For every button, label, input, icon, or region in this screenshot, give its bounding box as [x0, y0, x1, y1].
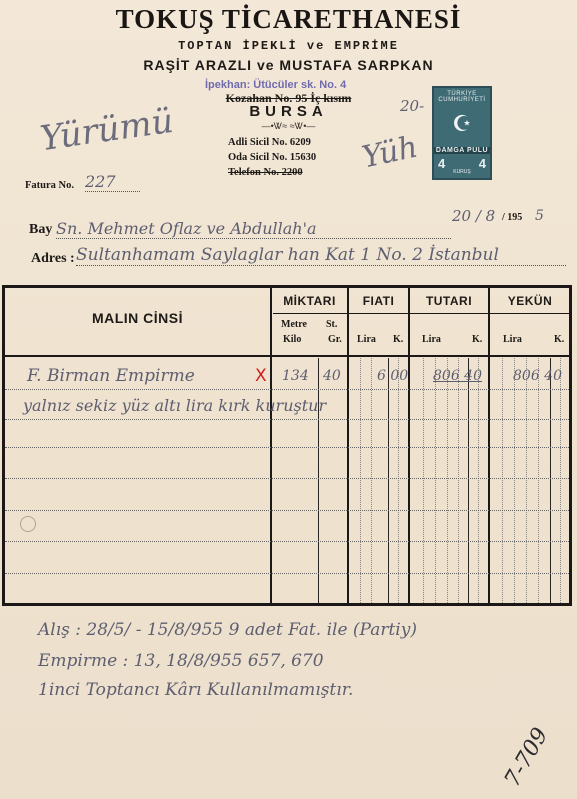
row1-red-check-mark: X [255, 366, 267, 386]
subheader-tutari-k: K. [472, 334, 482, 345]
invoice-date-day-month: 20 / 8 [452, 207, 495, 225]
bay-value: Sn. Mehmet Oflaz ve Abdullah'a [56, 219, 451, 239]
subcol-tutari-k [468, 358, 469, 603]
note-line-1: Alış : 28/5/ - 15/8/955 9 adet Fat. ile … [38, 620, 417, 640]
header-yekun: YEKÜN [490, 294, 570, 308]
subheader-tutari-lira: Lira [422, 334, 441, 345]
registry-adli-sicil: Adli Sicil No. 6209 [228, 137, 311, 148]
col-divider-miktari [270, 288, 272, 603]
invoice-date-year-prefix: / 195 [502, 212, 522, 223]
note-line-2: Empirme : 13, 18/8/955 657, 670 [38, 651, 324, 671]
date-scribble: 20- [400, 97, 424, 115]
row1-yekun: 806 40 [513, 368, 562, 384]
punch-hole [20, 516, 36, 532]
invoice-number: 227 [85, 172, 140, 192]
subcol-yekun-k [550, 358, 551, 603]
subheader-yekun-lira: Lira [503, 334, 522, 345]
header-bottom-border [5, 355, 569, 357]
row1-metre: 134 [282, 368, 309, 384]
company-subtitle: TOPTAN İPEKLİ ve EMPRİME [0, 39, 577, 53]
subheader-fiati-k: K. [393, 334, 403, 345]
invoice-table: MALIN CİNSİ MİKTARI FIATI TUTARI YEKÜN M… [2, 285, 572, 606]
address-rubber-stamp: İpekhan: Ütücüler sk. No. 4 [205, 79, 346, 91]
row2-amount-in-words: yalnız sekiz yüz altı lira kırk kuruştur [23, 396, 326, 415]
bay-label: Bay [29, 222, 52, 238]
invoice-number-label: Fatura No. [25, 180, 74, 191]
subheader-metre: Metre [281, 319, 307, 330]
col-divider-yekun [488, 288, 490, 603]
company-name: TOKUŞ TİCARETHANESİ [0, 4, 577, 35]
row1-tutari: 806 40 [433, 368, 482, 384]
row1-fiati: 6 00 [377, 368, 408, 384]
registry-telefon: Telefon No. 2200 [228, 167, 303, 178]
header-miktari: MİKTARI [272, 294, 347, 308]
stamp-value-right: 4 [479, 156, 486, 171]
header-malin-cinsi: MALIN CİNSİ [5, 310, 270, 326]
subheader-gr: Gr. [328, 334, 342, 345]
subheader-fiati-lira: Lira [357, 334, 376, 345]
stamp-type: DAMGA PULU [434, 147, 490, 154]
row1-description: F. Birman Empirme [27, 366, 195, 386]
subheader-yekun-k: K. [554, 334, 564, 345]
stamp-country: TÜRKİYE CUMHURİYETİ [434, 91, 490, 103]
note-line-3: 1inci Toptancı Kârı Kullanılmamıştır. [38, 680, 353, 700]
company-owners: RAŞİT ARAZLI ve MUSTAFA SARPKAN [0, 57, 577, 73]
revenue-stamp: TÜRKİYE CUMHURİYETİ ☪ DAMGA PULU 4 4 KUR… [432, 86, 492, 180]
adres-value: Sultanhamam Saylaglar han Kat 1 No. 2 İs… [76, 245, 566, 266]
crescent-star-icon: ☪ [434, 111, 490, 137]
stamp-value-left: 4 [438, 156, 445, 171]
adres-label: Adres : [31, 251, 75, 267]
header-separator [273, 313, 569, 314]
col-divider-tutari [408, 288, 410, 603]
col-divider-fiati [347, 288, 349, 603]
invoice-date-year-suffix: 5 [535, 208, 544, 224]
subcol-st [318, 358, 319, 603]
header-tutari: TUTARI [410, 294, 488, 308]
registry-oda-sicil: Oda Sicil No. 15630 [228, 152, 316, 163]
row1-st: 40 [323, 368, 341, 384]
subcol-fiati-k [388, 358, 389, 603]
subheader-kilo: Kilo [283, 334, 301, 345]
header-fiati: FIATI [349, 294, 408, 308]
subheader-st: St. [326, 319, 337, 330]
